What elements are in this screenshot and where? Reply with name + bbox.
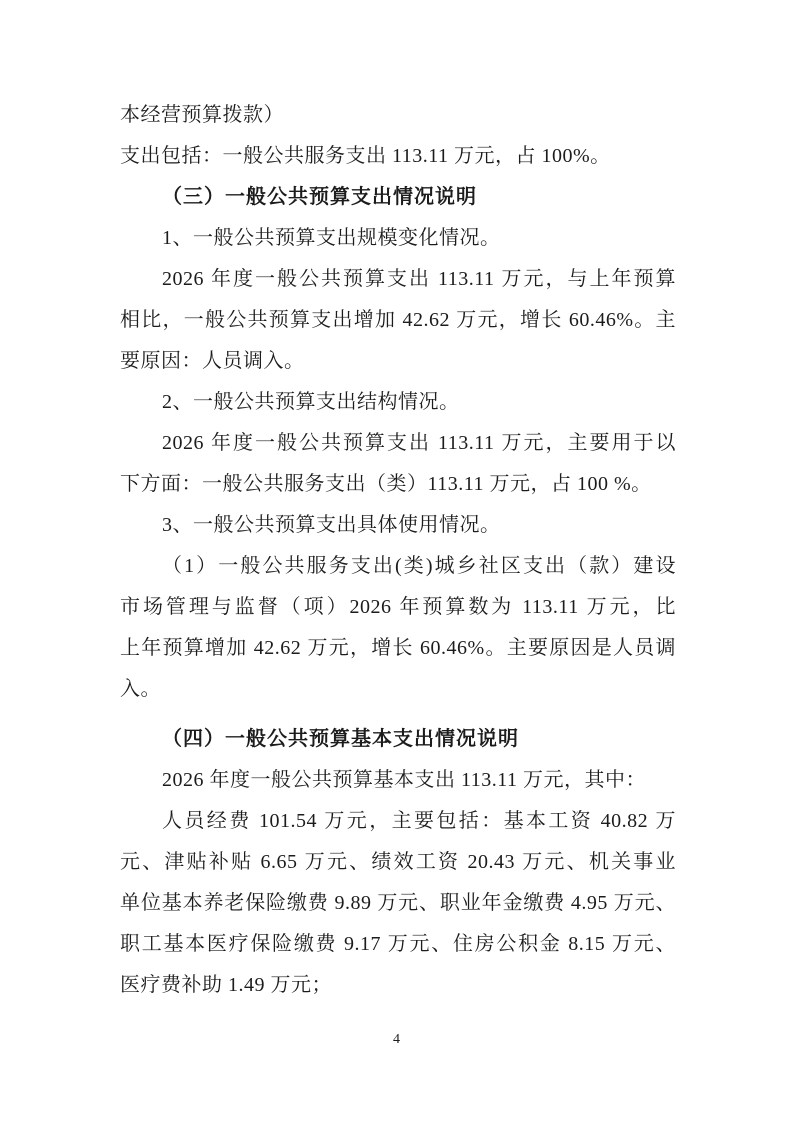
text-line: 相比，一般公共预算支出增加 42.62 万元，增长 60.46%。主 [120, 300, 676, 341]
page-number: 4 [393, 1032, 400, 1047]
text-line: 单位基本养老保险缴费 9.89 万元、职业年金缴费 4.95 万元、 [120, 883, 676, 924]
page-footer: 4 [0, 1032, 793, 1048]
text-line: 要原因：人员调入。 [120, 341, 676, 382]
text-line: 人员经费 101.54 万元，主要包括：基本工资 40.82 万 [120, 801, 676, 842]
text-line: 市场管理与监督（项）2026 年预算数为 113.11 万元，比 [120, 587, 676, 628]
section-heading: （三）一般公共预算支出情况说明 [120, 177, 676, 218]
text-line: 2026 年度一般公共预算基本支出 113.11 万元，其中： [120, 760, 676, 801]
text-line: 医疗费补助 1.49 万元； [120, 965, 676, 1006]
document-page: 本经营预算拨款）支出包括：一般公共服务支出 113.11 万元，占 100%。（… [0, 0, 793, 1122]
text-line: 职工基本医疗保险缴费 9.17 万元、住房公积金 8.15 万元、 [120, 924, 676, 965]
text-line: （1）一般公共服务支出(类)城乡社区支出（款）建设 [120, 546, 676, 587]
text-line: 入。 [120, 669, 676, 710]
section-heading: （四）一般公共预算基本支出情况说明 [120, 719, 676, 760]
text-line: 2、一般公共预算支出结构情况。 [120, 382, 676, 423]
text-line: 支出包括：一般公共服务支出 113.11 万元，占 100%。 [120, 136, 676, 177]
text-line: 上年预算增加 42.62 万元，增长 60.46%。主要原因是人员调 [120, 628, 676, 669]
text-line: 2026 年度一般公共预算支出 113.11 万元，主要用于以 [120, 423, 676, 464]
text-line: 元、津贴补贴 6.65 万元、绩效工资 20.43 万元、机关事业 [120, 842, 676, 883]
document-body: 本经营预算拨款）支出包括：一般公共服务支出 113.11 万元，占 100%。（… [120, 95, 676, 1006]
text-line: 下方面：一般公共服务支出（类）113.11 万元，占 100 %。 [120, 464, 676, 505]
text-line: 本经营预算拨款） [120, 95, 676, 136]
text-line: 3、一般公共预算支出具体使用情况。 [120, 505, 676, 546]
text-line: 2026 年度一般公共预算支出 113.11 万元，与上年预算 [120, 259, 676, 300]
text-line: 1、一般公共预算支出规模变化情况。 [120, 218, 676, 259]
